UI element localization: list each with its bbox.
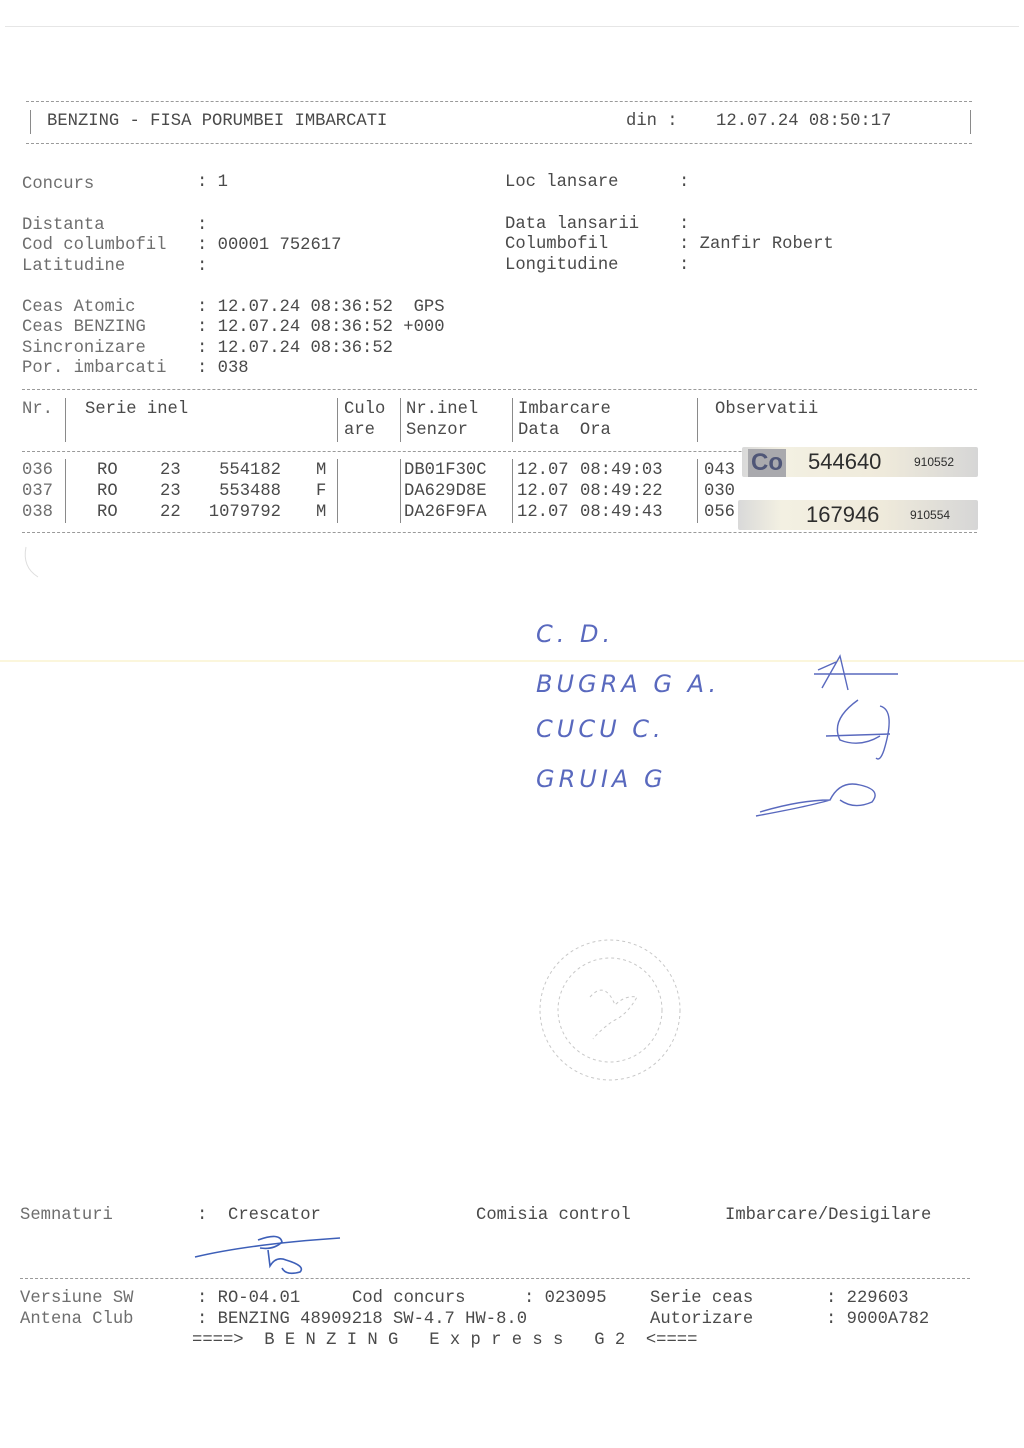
print-date-label: din : — [626, 112, 678, 133]
cell-sex: M — [316, 503, 326, 524]
signature-imbarcare: Imbarcare/Desigilare — [725, 1206, 931, 1227]
seal-sticker-1: Co 544640 910552 — [742, 447, 978, 477]
cell-data: 12.07 — [517, 503, 569, 524]
antena-label: Antena Club — [20, 1310, 133, 1331]
col-divider — [512, 398, 513, 442]
col-divider — [337, 459, 338, 523]
cell-ora: 08:49:22 — [580, 482, 663, 503]
cod-columbofil-label: Cod columbofil — [22, 236, 166, 257]
antena-value: : BENZING 48909218 SW-4.7 HW-8.0 — [197, 1310, 527, 1331]
col-divider — [697, 398, 698, 442]
signature-crescator: Crescator — [228, 1206, 321, 1227]
cell-data: 12.07 — [517, 461, 569, 482]
columbofil-label: Columbofil — [505, 235, 649, 256]
col-divider — [400, 459, 401, 523]
cell-ora: 08:49:43 — [580, 503, 663, 524]
crescator-signature-icon — [190, 1232, 350, 1277]
table-top-border — [22, 389, 977, 390]
ceas-atomic-value: : 12.07.24 08:36:52 GPS — [197, 298, 445, 319]
longitudine-value: : — [679, 256, 689, 277]
cell-obs: 056 — [704, 503, 735, 524]
distanta-label: Distanta — [22, 216, 187, 237]
cell-nr: 037 — [22, 482, 53, 503]
sincronizare-label: Sincronizare — [22, 339, 166, 360]
semnaturi-sep: : — [197, 1206, 207, 1227]
footer-divider — [20, 1278, 970, 1279]
col-divider — [65, 459, 66, 523]
sticker-code: 167946 — [806, 502, 879, 528]
cell-senzor: DA26F9FA — [404, 503, 487, 524]
cell-obs: 043 — [704, 461, 735, 482]
autorizare-label: Autorizare — [650, 1310, 753, 1331]
concurs-label: Concurs — [22, 175, 187, 196]
col-header-culoare-2: are — [344, 421, 375, 442]
cod-concurs-value: : 023095 — [524, 1289, 607, 1310]
cell-data: 12.07 — [517, 482, 569, 503]
serie-ceas-value: : 229603 — [826, 1289, 909, 1310]
cell-ring: 1079792 — [209, 503, 281, 524]
cell-ring: 553488 — [219, 482, 281, 503]
cell-ora: 08:49:03 — [580, 461, 663, 482]
table-bottom-border — [22, 532, 977, 533]
semnaturi-label: Semnaturi — [20, 1206, 113, 1227]
cell-country: RO — [97, 482, 118, 503]
cell-nr: 036 — [22, 461, 53, 482]
latitudine-value: : — [197, 257, 207, 278]
handwritten-line: CUCU C. — [536, 715, 665, 743]
col-header-data-ora: Data Ora — [518, 421, 611, 442]
cell-senzor: DB01F30C — [404, 461, 487, 482]
col-header-observatii: Observatii — [715, 400, 818, 421]
loc-lansare-label: Loc lansare — [505, 173, 660, 194]
cod-concurs-label: Cod concurs — [352, 1289, 465, 1310]
col-header-imbarcare: Imbarcare — [518, 400, 611, 421]
cell-year: 22 — [160, 503, 181, 524]
cell-sex: F — [316, 482, 326, 503]
ceas-atomic-label: Ceas Atomic — [22, 298, 166, 319]
handwritten-line: BUGRA G A. — [536, 670, 720, 698]
col-header-serie: Serie inel — [85, 400, 188, 421]
col-divider — [337, 398, 338, 442]
cell-year: 23 — [160, 482, 181, 503]
longitudine-label: Longitudine — [505, 256, 649, 277]
col-divider — [512, 459, 513, 523]
serie-ceas-label: Serie ceas — [650, 1289, 753, 1310]
header-bottom-border — [26, 143, 972, 144]
por-imbarcati-label: Por. imbarcati — [22, 359, 166, 380]
cell-senzor: DA629D8E — [404, 482, 487, 503]
col-divider — [697, 459, 698, 523]
handwritten-line: C. D. — [536, 620, 614, 648]
benzing-banner: ====> B E N Z I N G E x p r e s s G 2 <=… — [192, 1331, 697, 1352]
cell-nr: 038 — [22, 503, 53, 524]
cell-ring: 554182 — [219, 461, 281, 482]
col-divider — [400, 398, 401, 442]
versiune-label: Versiune SW — [20, 1289, 133, 1310]
versiune-value: : RO-04.01 — [197, 1289, 300, 1310]
por-imbarcati-value: : 038 — [197, 359, 249, 380]
latitudine-label: Latitudine — [22, 257, 166, 278]
cell-year: 23 — [160, 461, 181, 482]
header-right-border — [970, 110, 971, 134]
signature-strokes — [800, 650, 910, 820]
cell-obs: 030 — [704, 482, 735, 503]
distanta-value: : — [197, 216, 207, 237]
sincronizare-value: : 12.07.24 08:36:52 — [197, 339, 393, 360]
sticker-serial: 910554 — [910, 508, 950, 522]
scan-mark — [20, 545, 50, 585]
cell-country: RO — [97, 503, 118, 524]
print-date-value: 12.07.24 08:50:17 — [716, 112, 891, 133]
autorizare-value: : 9000A782 — [826, 1310, 929, 1331]
sticker-serial: 910552 — [914, 455, 954, 469]
ceas-benzing-value: : 12.07.24 08:36:52 +000 — [197, 318, 445, 339]
seal-sticker-2: 167946 910554 — [738, 500, 978, 530]
ceas-benzing-label: Ceas BENZING — [22, 318, 166, 339]
scan-edge-line — [5, 26, 1019, 27]
col-header-senzor: Nr.inel — [406, 400, 478, 421]
cod-columbofil-value: : 00001 752617 — [197, 236, 341, 257]
col-header-nr: Nr. — [22, 400, 53, 421]
col-header-senzor-2: Senzor — [406, 421, 468, 442]
data-lansarii-value: : — [679, 215, 689, 236]
handwritten-line: GRUIA G — [536, 765, 667, 793]
concurs-value: : 1 — [197, 173, 228, 194]
loc-lansare-value: : — [679, 173, 689, 194]
document-title: BENZING - FISA PORUMBEI IMBARCATI — [47, 112, 387, 133]
header-left-border — [30, 110, 31, 134]
header-top-border — [26, 101, 972, 102]
cell-country: RO — [97, 461, 118, 482]
club-stamp-icon — [535, 935, 685, 1085]
data-lansarii-label: Data lansarii — [505, 215, 649, 236]
signature-comisia: Comisia control — [476, 1206, 631, 1227]
col-divider — [65, 398, 66, 442]
sticker-code: 544640 — [808, 449, 881, 475]
sticker-prefix: Co — [748, 449, 786, 477]
cell-sex: M — [316, 461, 326, 482]
col-header-culoare: Culo — [344, 400, 385, 421]
columbofil-value: : Zanfir Robert — [679, 235, 834, 256]
